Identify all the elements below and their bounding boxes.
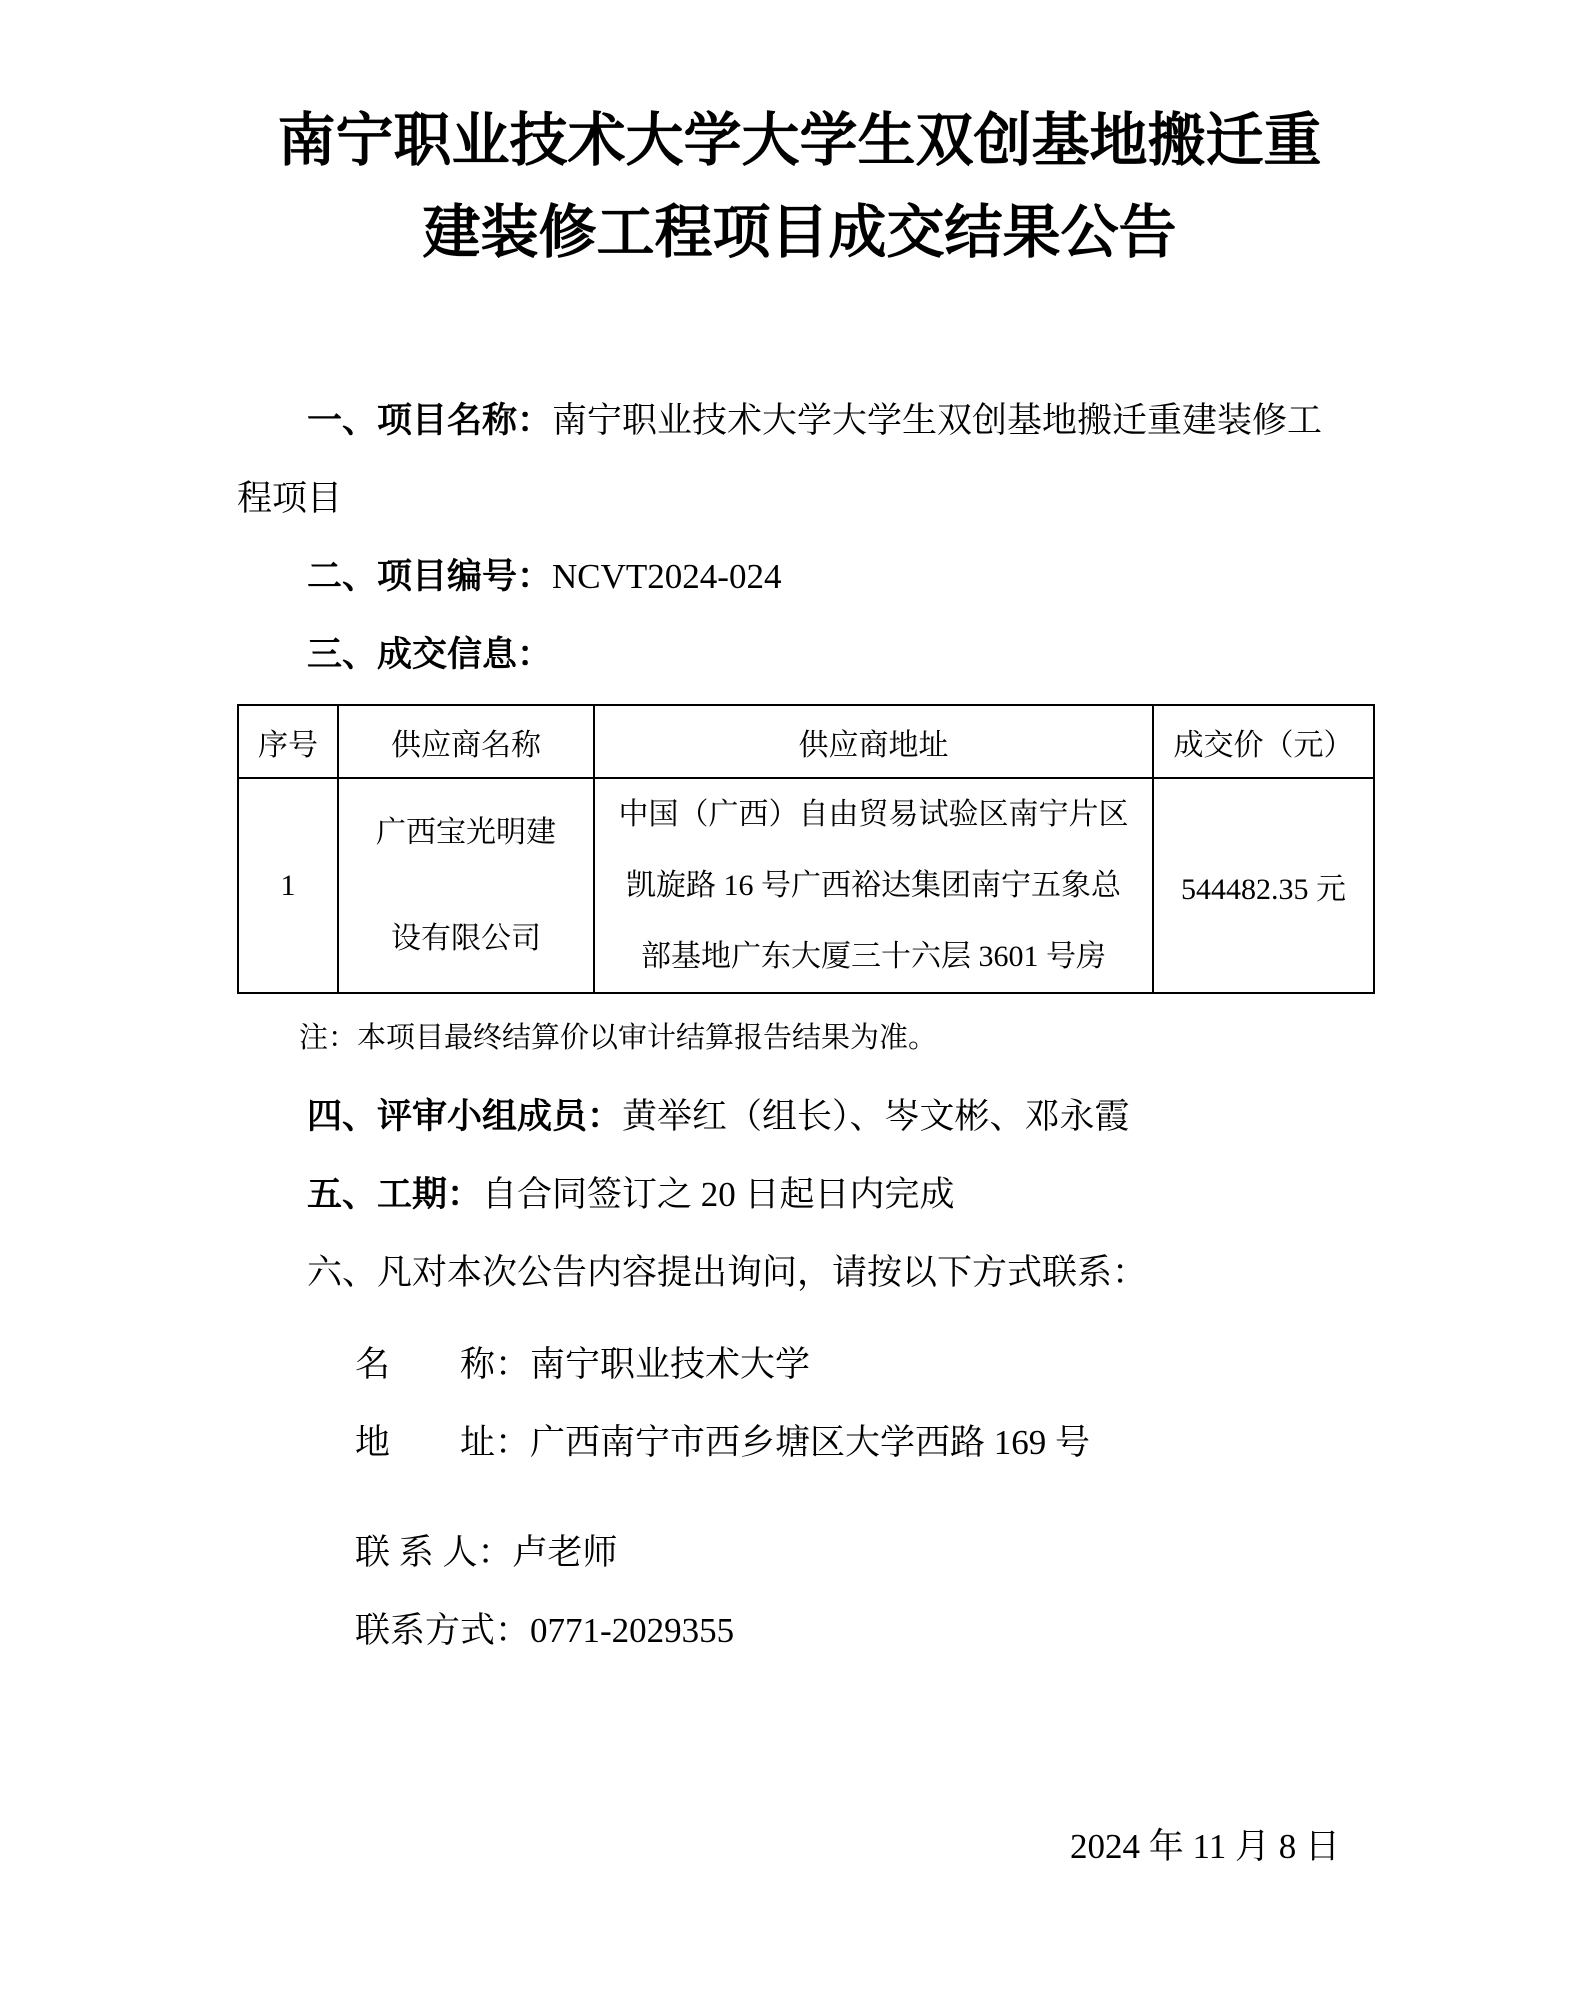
section-deal-info: 三、成交信息： <box>237 616 1362 694</box>
section-duration: 五、工期：自合同签订之 20 日起日内完成 <box>237 1156 1362 1234</box>
contact-phone-label: 联系方式： <box>355 1611 530 1650</box>
contact-phone-value: 0771-2029355 <box>530 1611 734 1650</box>
contact-name-value: 南宁职业技术大学 <box>530 1345 810 1384</box>
document-date: 2024 年 11 月 8 日 <box>237 1822 1362 1872</box>
review-panel-label: 四、评审小组成员： <box>307 1097 622 1136</box>
document-title-line2: 建装修工程项目成交结果公告 <box>237 187 1362 279</box>
announcement-document: 南宁职业技术大学大学生双创基地搬迁重 建装修工程项目成交结果公告 一、项目名称：… <box>0 0 1587 1999</box>
table-note: 注：本项目最终结算价以审计结算报告结果为准。 <box>237 1016 1362 1060</box>
supplier-address-line2: 凯旋路 16 号广西裕达集团南宁五象总 <box>595 850 1152 921</box>
document-title: 南宁职业技术大学大学生双创基地搬迁重 建装修工程项目成交结果公告 <box>237 95 1362 278</box>
project-number-value: NCVT2024-024 <box>552 557 781 596</box>
cell-supplier-address: 中国（广西）自由贸易试验区南宁片区 凯旋路 16 号广西裕达集团南宁五象总 部基… <box>594 778 1153 993</box>
table-row: 1 广西宝光明建 设有限公司 中国（广西）自由贸易试验区南宁片区 凯旋路 16 … <box>238 778 1374 993</box>
header-supplier-name: 供应商名称 <box>338 705 594 778</box>
project-name-text: 南宁职业技术大学大学生双创基地搬迁重建装修工 <box>552 401 1322 440</box>
section-review-panel: 四、评审小组成员：黄举红（组长）、岑文彬、邓永霞 <box>237 1078 1362 1156</box>
supplier-address-line3: 部基地广东大厦三十六层 3601 号房 <box>595 921 1152 992</box>
cell-supplier-name: 广西宝光明建 设有限公司 <box>338 778 594 993</box>
contact-phone-line: 联系方式：0771-2029355 <box>237 1592 1362 1670</box>
project-number-label: 二、项目编号： <box>307 557 552 596</box>
contact-name-line: 名 称：南宁职业技术大学 <box>237 1326 1362 1404</box>
supplier-address-line1: 中国（广西）自由贸易试验区南宁片区 <box>595 779 1152 850</box>
contact-address-value: 广西南宁市西乡塘区大学西路 169 号 <box>530 1423 1090 1462</box>
deal-info-label: 三、成交信息： <box>307 635 552 674</box>
supplier-name-line1: 广西宝光明建 <box>339 780 593 886</box>
header-supplier-address: 供应商地址 <box>594 705 1153 778</box>
review-panel-value: 黄举红（组长）、岑文彬、邓永霞 <box>622 1097 1130 1136</box>
section-project-number: 二、项目编号：NCVT2024-024 <box>237 538 1362 616</box>
contact-block: 名 称：南宁职业技术大学 地 址：广西南宁市西乡塘区大学西路 169 号 联 系… <box>237 1326 1362 1670</box>
header-index: 序号 <box>238 705 338 778</box>
project-name-line2: 程项目 <box>237 460 1362 538</box>
project-name-line1: 一、项目名称：南宁职业技术大学大学生双创基地搬迁重建装修工 <box>237 382 1362 460</box>
contact-person-value: 卢老师 <box>513 1533 618 1572</box>
header-price: 成交价（元） <box>1153 705 1374 778</box>
section-project-name: 一、项目名称：南宁职业技术大学大学生双创基地搬迁重建装修工 程项目 <box>237 382 1362 538</box>
duration-label: 五、工期： <box>307 1175 482 1214</box>
contact-name-label: 名 称： <box>355 1345 530 1384</box>
contact-person-label: 联 系 人： <box>355 1533 513 1572</box>
contact-address-label: 地 址： <box>355 1423 530 1462</box>
supplier-name-line2: 设有限公司 <box>339 886 593 992</box>
contact-person-line: 联 系 人：卢老师 <box>237 1514 1362 1592</box>
table-header-row: 序号 供应商名称 供应商地址 成交价（元） <box>238 705 1374 778</box>
project-name-label: 一、项目名称： <box>307 401 552 440</box>
contact-address-line: 地 址：广西南宁市西乡塘区大学西路 169 号 <box>237 1404 1362 1482</box>
deal-result-table: 序号 供应商名称 供应商地址 成交价（元） 1 广西宝光明建 设有限公司 中国（… <box>237 704 1375 994</box>
section-contact-intro: 六、凡对本次公告内容提出询问，请按以下方式联系： <box>237 1234 1362 1312</box>
cell-price: 544482.35 元 <box>1153 778 1374 993</box>
document-title-line1: 南宁职业技术大学大学生双创基地搬迁重 <box>237 95 1362 187</box>
cell-index: 1 <box>238 778 338 993</box>
duration-value: 自合同签订之 20 日起日内完成 <box>482 1175 955 1214</box>
